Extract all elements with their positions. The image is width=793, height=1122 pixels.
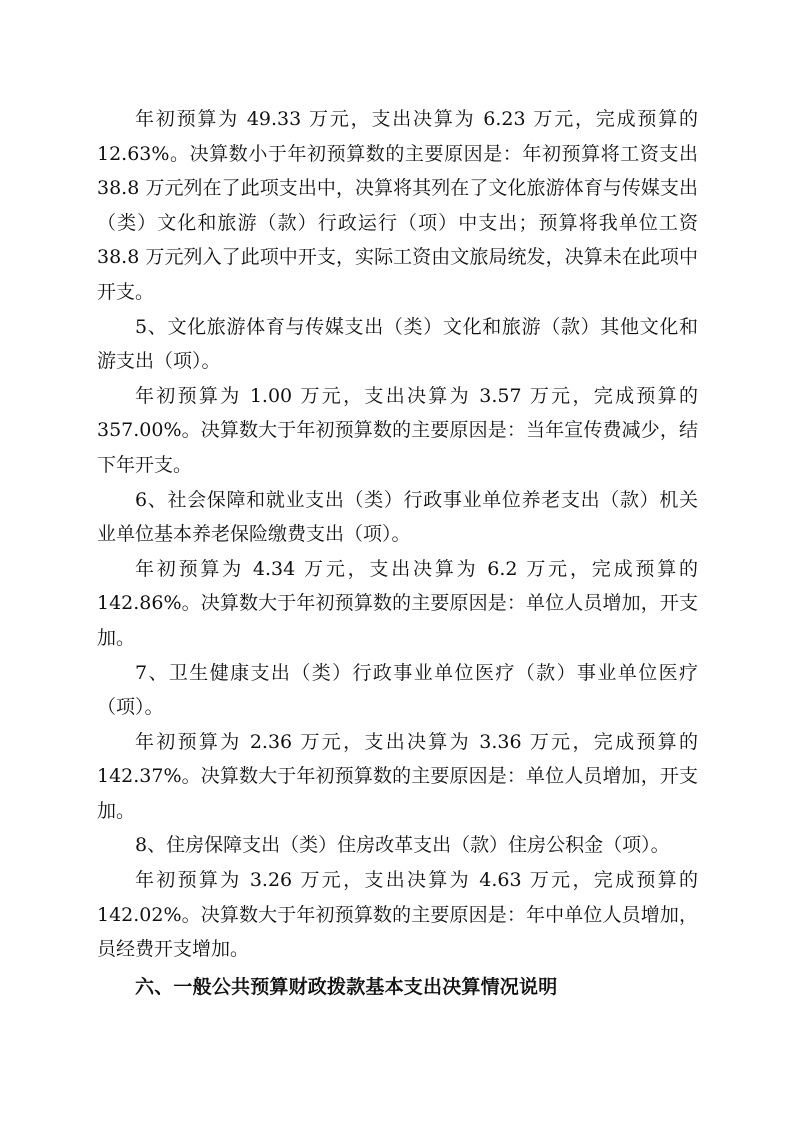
body-line: 加。: [97, 621, 698, 656]
item-title-line: （项）。: [97, 690, 698, 725]
item-title-line: 业单位基本养老保险缴费支出（项）。: [97, 517, 698, 552]
item-title-line: 8、住房保障支出（类）住房改革支出（款）住房公积金（项）。: [97, 828, 698, 863]
body-line: 38.8 万元列在了此项支出中，决算将其列在了文化旅游体育与传媒支出: [97, 171, 698, 206]
body-line: 357.00%。决算数大于年初预算数的主要原因是：当年宣传费减少，结转: [97, 413, 698, 448]
body-line: 员经费开支增加。: [97, 932, 698, 967]
body-line: 年初预算为 3.26 万元，支出决算为 4.63 万元，完成预算的: [97, 863, 698, 898]
body-line: 开支。: [97, 275, 698, 310]
body-line: 142.02%。决算数大于年初预算数的主要原因是：年中单位人员增加，人: [97, 898, 698, 933]
body-line: 38.8 万元列入了此项中开支，实际工资由文旅局统发，决算未在此项中: [97, 240, 698, 275]
item-title-line: 5、文化旅游体育与传媒支出（类）文化和旅游（款）其他文化和旅: [97, 310, 698, 345]
body-line: 年初预算为 2.36 万元，支出决算为 3.36 万元，完成预算的: [97, 725, 698, 760]
body-line: 年初预算为 4.34 万元，支出决算为 6.2 万元，完成预算的: [97, 552, 698, 587]
body-line: 下年开支。: [97, 448, 698, 483]
body-line: （类）文化和旅游（款）行政运行（项）中支出；预算将我单位工资: [97, 206, 698, 241]
item-title-line: 游支出（项）。: [97, 344, 698, 379]
item-title-line: 7、卫生健康支出（类）行政事业单位医疗（款）事业单位医疗: [97, 656, 698, 691]
body-line: 12.63%。决算数小于年初预算数的主要原因是：年初预算将工资支出: [97, 137, 698, 172]
body-line: 加。: [97, 794, 698, 829]
item-title-line: 6、社会保障和就业支出（类）行政事业单位养老支出（款）机关事: [97, 483, 698, 518]
body-line: 142.86%。决算数大于年初预算数的主要原因是：单位人员增加，开支增: [97, 586, 698, 621]
body-line: 年初预算为 49.33 万元，支出决算为 6.23 万元，完成预算的: [97, 102, 698, 137]
section-heading: 六、一般公共预算财政拨款基本支出决算情况说明: [97, 970, 698, 1005]
body-line: 142.37%。决算数大于年初预算数的主要原因是：单位人员增加，开支增: [97, 759, 698, 794]
body-line: 年初预算为 1.00 万元，支出决算为 3.57 万元，完成预算的: [97, 379, 698, 414]
document-page: 年初预算为 49.33 万元，支出决算为 6.23 万元，完成预算的12.63%…: [97, 102, 698, 1004]
document-body: 年初预算为 49.33 万元，支出决算为 6.23 万元，完成预算的12.63%…: [97, 102, 698, 967]
